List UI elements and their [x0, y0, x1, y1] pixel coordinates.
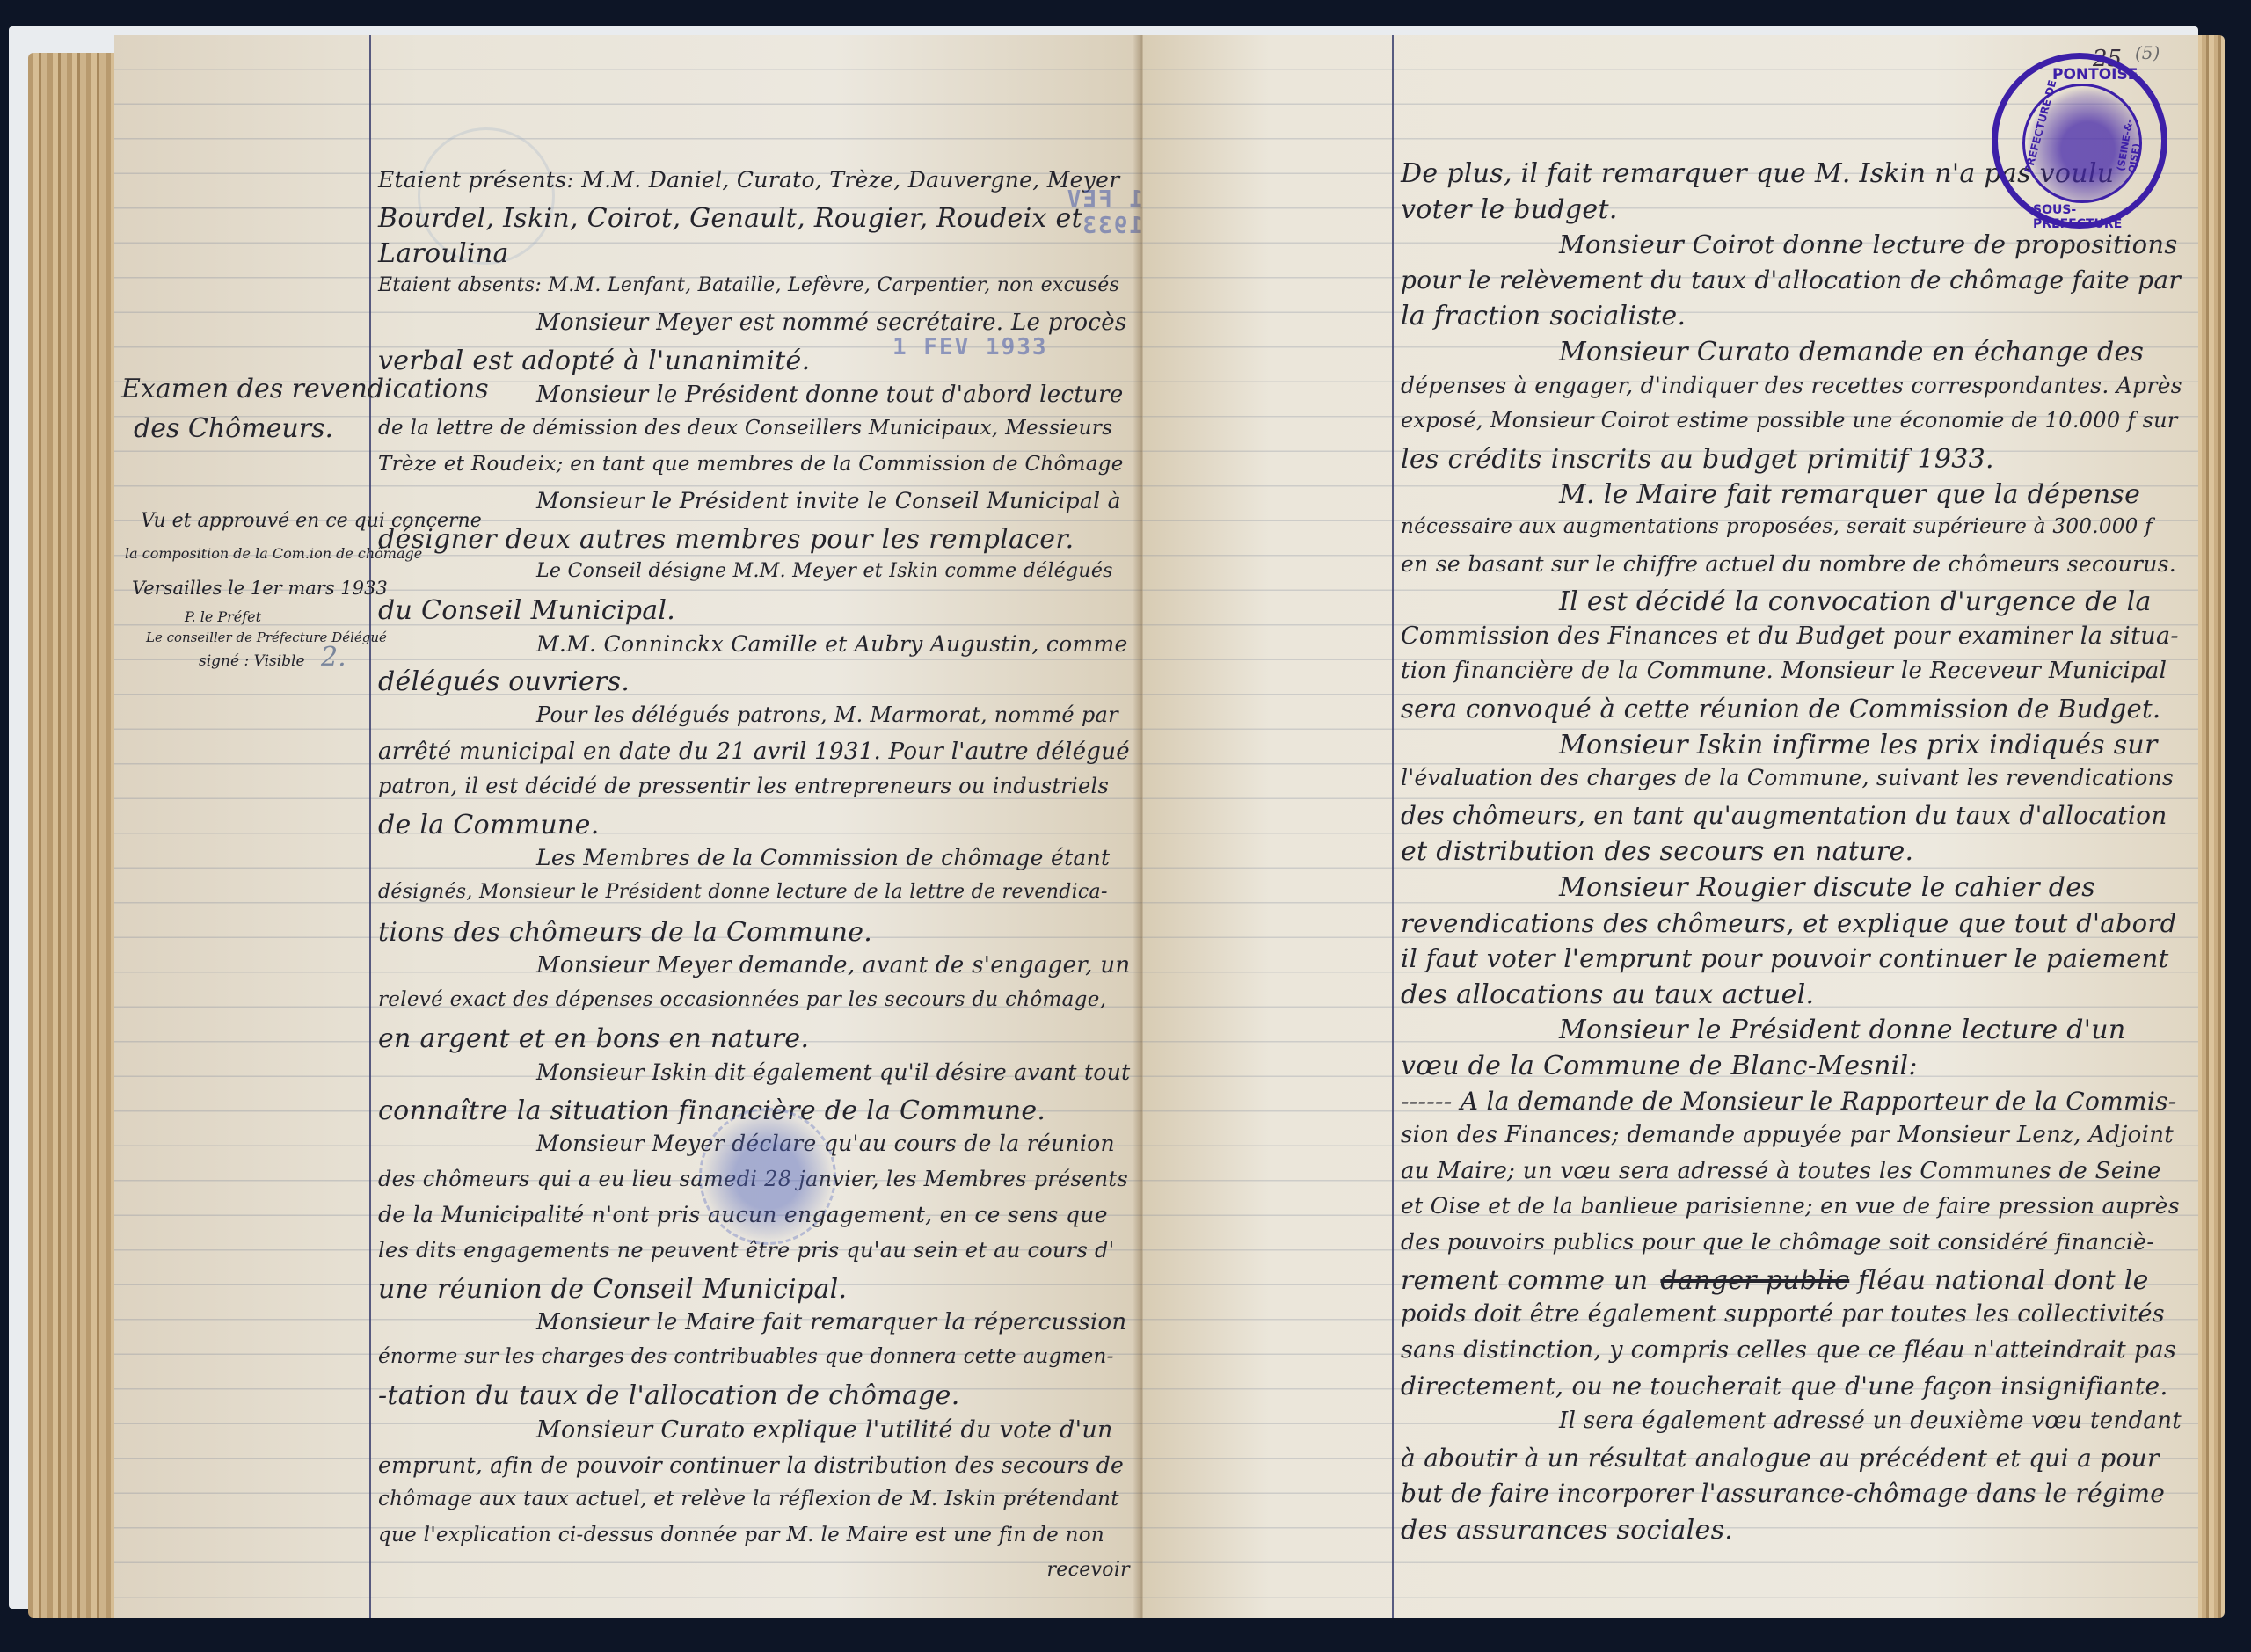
line-text: nécessaire aux augmentations proposées, … [1401, 515, 2153, 538]
line-text: la fraction socialiste. [1401, 301, 1686, 331]
handwritten-line: Il est décidé la convocation d'urgence d… [1401, 586, 2152, 617]
line-text: des pouvoirs publics pour que le chômage… [1401, 1229, 2154, 1255]
margin-note-line4: P. le Préfet [185, 608, 261, 625]
line-text: dépenses à engager, d'indiquer des recet… [1401, 373, 2182, 398]
line-text: Monsieur Iskin dit également qu'il désir… [536, 1059, 1130, 1085]
handwritten-line: sion des Finances; demande appuyée par M… [1401, 1122, 2174, 1148]
handwritten-line: voter le budget. [1401, 194, 1618, 225]
handwritten-line: recevoir [378, 1559, 1130, 1581]
line-text: Le Conseil désigne M.M. Meyer et Iskin c… [536, 560, 1113, 582]
margin-note-mark: 2. [321, 642, 346, 673]
line-text: revendications des chômeurs, et explique… [1401, 908, 2176, 938]
handwritten-line: l'évaluation des charges de la Commune, … [1401, 765, 2174, 790]
line-text: Monsieur le Président invite le Conseil … [536, 488, 1121, 513]
handwritten-line: une réunion de Conseil Municipal. [378, 1274, 847, 1305]
line-text: but de faire incorporer l'assurance-chôm… [1401, 1479, 2165, 1508]
handwritten-line: Pour les délégués patrons, M. Marmorat, … [378, 702, 1118, 727]
handwritten-line: Trèze et Roudeix; en tant que membres de… [378, 453, 1124, 476]
handwritten-line: Etaient présents: M.M. Daniel, Curato, T… [378, 167, 1120, 193]
line-text: en se basant sur le chiffre actuel du no… [1401, 551, 2176, 577]
handwritten-line: des allocations au taux actuel. [1401, 979, 1814, 1010]
handwritten-line: de la Commune. [378, 810, 600, 841]
handwritten-line: et Oise et de la banlieue parisienne; en… [1401, 1193, 2180, 1219]
handwritten-line: Le Conseil désigne M.M. Meyer et Iskin c… [378, 560, 1113, 582]
handwritten-line: Laroulina [378, 238, 509, 269]
handwritten-line: désigner deux autres membres pour les re… [378, 524, 1075, 555]
line-text: M.M. Conninckx Camille et Aubry Augustin… [536, 631, 1128, 657]
line-text: Laroulina [378, 238, 509, 269]
line-text: que l'explication ci-dessus donnée par M… [378, 1524, 1104, 1546]
handwritten-line: Monsieur Rougier discute le cahier des [1401, 872, 2095, 903]
line-text: énorme sur les charges des contribuables… [378, 1345, 1114, 1368]
line-text: vœu de la Commune de Blanc-Mesnil: [1401, 1051, 1918, 1081]
handwritten-line: des pouvoirs publics pour que le chômage… [1401, 1229, 2154, 1255]
handwritten-line: Bourdel, Iskin, Coirot, Genault, Rougier… [378, 203, 1082, 234]
handwritten-line: patron, il est décidé de pressentir les … [378, 774, 1109, 798]
handwritten-line: Monsieur Meyer demande, avant de s'engag… [378, 952, 1130, 979]
handwritten-line: il faut voter l'emprunt pour pouvoir con… [1401, 943, 2169, 973]
handwritten-line: Monsieur Coirot donne lecture de proposi… [1401, 229, 2178, 259]
line-text: Il est décidé la convocation d'urgence d… [1559, 586, 2152, 617]
handwritten-line: en se basant sur le chiffre actuel du no… [1401, 551, 2176, 577]
line-text: M. le Maire fait remarquer que la dépens… [1559, 479, 2140, 510]
handwritten-line: M. le Maire fait remarquer que la dépens… [1401, 479, 2140, 510]
handwritten-line: pour le relèvement du taux d'allocation … [1401, 266, 2181, 295]
line-text: et distribution des secours en nature. [1401, 836, 1913, 867]
handwritten-line: nécessaire aux augmentations proposées, … [1401, 515, 2153, 538]
line-text: Pour les délégués patrons, M. Marmorat, … [536, 702, 1118, 727]
handwritten-line: ------ A la demande de Monsieur le Rappo… [1401, 1087, 2177, 1116]
line-text: Etaient absents: M.M. Lenfant, Bataille,… [378, 274, 1119, 296]
date-stamp-mirrored: 1 FEV 1933 [1033, 186, 1143, 239]
line-text: tions des chômeurs de la Commune. [378, 917, 872, 948]
handwritten-line: et distribution des secours en nature. [1401, 836, 1913, 867]
line-text: Bourdel, Iskin, Coirot, Genault, Rougier… [378, 203, 1082, 234]
line-text: l'évaluation des charges de la Commune, … [1401, 765, 2174, 790]
handwritten-line: Monsieur Meyer est nommé secrétaire. Le … [378, 309, 1127, 336]
sous-prefecture-pontoise-stamp: PONTOISE PREFECTURE DE SOUS-PREFECTURE (… [1992, 53, 2167, 229]
line-text: connaître la situation financière de la … [378, 1095, 1045, 1126]
line-text: Monsieur Curato explique l'utilité du vo… [536, 1416, 1113, 1444]
line-text: ------ A la demande de Monsieur le Rappo… [1401, 1087, 2177, 1116]
handwritten-line: connaître la situation financière de la … [378, 1095, 1045, 1126]
line-text: sans distinction, y compris celles que c… [1401, 1336, 2176, 1364]
line-text: Monsieur Meyer est nommé secrétaire. Le … [536, 309, 1127, 336]
line-text: rement comme un [1401, 1265, 1648, 1296]
line-text: chômage aux taux actuel, et relève la ré… [378, 1488, 1119, 1510]
line-text: pour le relèvement du taux d'allocation … [1401, 266, 2181, 295]
margin-note-line3: Versailles le 1er mars 1933 [132, 578, 388, 599]
handwritten-line: Monsieur Curato explique l'utilité du vo… [378, 1416, 1113, 1444]
handwritten-line: revendications des chômeurs, et explique… [1401, 908, 2176, 938]
stamp-text-top: PONTOISE [2052, 66, 2138, 84]
handwritten-line: Monsieur Iskin dit également qu'il désir… [378, 1059, 1130, 1085]
handwritten-line: en argent et en bons en nature. [378, 1023, 809, 1054]
line-text: voter le budget. [1401, 194, 1618, 225]
handwritten-line: Monsieur le Président donne lecture d'un [1401, 1015, 2126, 1045]
line-text: Etaient présents: M.M. Daniel, Curato, T… [378, 167, 1120, 193]
handwritten-line: Il sera également adressé un deuxième vœ… [1401, 1408, 2182, 1434]
handwritten-line: relevé exact des dépenses occasionnées p… [378, 988, 1106, 1011]
right-page: De plus, il fait remarquer que M. Iskin … [1143, 35, 2198, 1618]
line-text: Il sera également adressé un deuxième vœ… [1559, 1408, 2182, 1434]
line-text: Monsieur Coirot donne lecture de proposi… [1559, 229, 2178, 259]
line-text: il faut voter l'emprunt pour pouvoir con… [1401, 943, 2169, 973]
date-stamp: 1 FEV 1933 [892, 334, 1048, 360]
handwritten-line: Monsieur Iskin infirme les prix indiqués… [1401, 730, 2158, 761]
handwritten-line: sera convoqué à cette réunion de Commiss… [1401, 694, 2160, 724]
line-text: Monsieur le Président donne lecture d'un [1559, 1015, 2126, 1045]
handwritten-line: Monsieur le Maire fait remarquer la répe… [378, 1309, 1126, 1335]
handwritten-line: Monsieur le Président invite le Conseil … [378, 488, 1121, 513]
handwritten-line: Monsieur le Président donne tout d'abord… [378, 382, 1124, 408]
line-text: sera convoqué à cette réunion de Commiss… [1401, 694, 2160, 724]
handwritten-line: Monsieur Curato demande en échange des [1401, 337, 2144, 368]
handwritten-line: rement comme undanger public fléau natio… [1401, 1265, 2149, 1296]
left-page-stack-edges [28, 53, 116, 1618]
handwritten-line: Commission des Finances et du Budget pou… [1401, 622, 2179, 650]
line-text: Monsieur Curato demande en échange des [1559, 337, 2144, 368]
line-text: exposé, Monsieur Coirot estime possible … [1401, 408, 2178, 433]
line-text: désigner deux autres membres pour les re… [378, 524, 1075, 555]
handwritten-line: au Maire; un vœu sera adressé à toutes l… [1401, 1158, 2161, 1184]
line-text: de la Commune. [378, 810, 600, 841]
handwritten-line: que l'explication ci-dessus donnée par M… [378, 1524, 1104, 1546]
handwritten-line: du Conseil Municipal. [378, 595, 675, 626]
line-text: les crédits inscrits au budget primitif … [1401, 444, 1994, 475]
margin-rule [1392, 35, 1394, 1618]
line-text: en argent et en bons en nature. [378, 1023, 809, 1054]
handwritten-line: Etaient absents: M.M. Lenfant, Bataille,… [378, 274, 1119, 296]
line-text: des chômeurs, en tant qu'augmentation du… [1401, 801, 2167, 830]
line-text: Monsieur Rougier discute le cahier des [1559, 872, 2095, 903]
handwritten-line: but de faire incorporer l'assurance-chôm… [1401, 1479, 2165, 1508]
faded-blue-seal-stamp [699, 1108, 836, 1245]
handwritten-line: les crédits inscrits au budget primitif … [1401, 444, 1994, 475]
handwritten-line: la fraction socialiste. [1401, 301, 1686, 331]
handwritten-line: exposé, Monsieur Coirot estime possible … [1401, 408, 2178, 433]
page-number-pencil: (5) [2135, 42, 2160, 63]
line-text: Les Membres de la Commission de chômage … [536, 845, 1110, 870]
handwritten-line: des chômeurs, en tant qu'augmentation du… [1401, 801, 2167, 830]
line-text: Monsieur Meyer demande, avant de s'engag… [536, 952, 1130, 979]
line-text: verbal est adopté à l'unanimité. [378, 346, 810, 376]
line-text: à aboutir à un résultat analogue au préc… [1401, 1444, 2160, 1473]
handwritten-line: à aboutir à un résultat analogue au préc… [1401, 1444, 2160, 1473]
handwritten-line: arrêté municipal en date du 21 avril 193… [378, 739, 1130, 765]
line-text: Trèze et Roudeix; en tant que membres de… [378, 453, 1124, 476]
handwritten-line: des assurances sociales. [1401, 1515, 1733, 1546]
handwritten-line: sans distinction, y compris celles que c… [1401, 1336, 2176, 1364]
line-text-continued: fléau national dont le [1849, 1265, 2148, 1296]
line-text: -tation du taux de l'allocation de chôma… [378, 1380, 960, 1411]
line-text: patron, il est décidé de pressentir les … [378, 774, 1109, 798]
line-text: désignés, Monsieur le Président donne le… [378, 881, 1108, 903]
handwritten-line: M.M. Conninckx Camille et Aubry Augustin… [378, 631, 1128, 657]
margin-rule [369, 35, 371, 1618]
handwritten-line: vœu de la Commune de Blanc-Mesnil: [1401, 1051, 1918, 1081]
line-text: une réunion de Conseil Municipal. [378, 1274, 847, 1305]
handwritten-line: directement, ou ne toucherait que d'une … [1401, 1372, 2168, 1401]
margin-note-line5: Le conseiller de Préfecture Délégué [146, 630, 387, 645]
margin-title-line2: des Chômeurs. [134, 413, 333, 444]
line-text: des assurances sociales. [1401, 1515, 1733, 1546]
line-text: relevé exact des dépenses occasionnées p… [378, 988, 1106, 1011]
handwritten-line: tions des chômeurs de la Commune. [378, 917, 872, 948]
line-text: des allocations au taux actuel. [1401, 979, 1814, 1010]
line-text: Monsieur Iskin infirme les prix indiqués… [1559, 730, 2158, 761]
handwritten-line: verbal est adopté à l'unanimité. [378, 346, 810, 376]
handwritten-line: énorme sur les charges des contribuables… [378, 1345, 1114, 1368]
struck-out-text: danger public [1660, 1265, 1849, 1296]
line-text: tion financière de la Commune. Monsieur … [1401, 658, 2167, 684]
line-text: Monsieur le Président donne tout d'abord… [536, 382, 1124, 408]
line-text: sion des Finances; demande appuyée par M… [1401, 1122, 2174, 1148]
handwritten-line: chômage aux taux actuel, et relève la ré… [378, 1488, 1119, 1510]
stamp-text-bottom: SOUS-PREFECTURE [2033, 203, 2161, 231]
handwritten-line: tion financière de la Commune. Monsieur … [1401, 658, 2167, 684]
line-text: arrêté municipal en date du 21 avril 193… [378, 739, 1130, 765]
handwritten-line: emprunt, afin de pouvoir continuer la di… [378, 1452, 1124, 1478]
handwritten-line: dépenses à engager, d'indiquer des recet… [1401, 373, 2182, 398]
handwritten-line: Les Membres de la Commission de chômage … [378, 845, 1110, 870]
line-text: délégués ouvriers. [378, 666, 630, 697]
line-text: emprunt, afin de pouvoir continuer la di… [378, 1452, 1124, 1478]
margin-note-line6: signé : Visible [199, 652, 305, 670]
line-text: Monsieur le Maire fait remarquer la répe… [536, 1309, 1126, 1335]
line-text: au Maire; un vœu sera adressé à toutes l… [1401, 1158, 2161, 1184]
line-text: recevoir [1046, 1559, 1130, 1581]
line-text: poids doit être également supporté par t… [1401, 1300, 2165, 1328]
handwritten-line: de la lettre de démission des deux Conse… [378, 417, 1112, 440]
left-page: Examen des revendications des Chômeurs. … [114, 35, 1143, 1618]
line-text: du Conseil Municipal. [378, 595, 675, 626]
line-text: directement, ou ne toucherait que d'une … [1401, 1372, 2168, 1401]
handwritten-line: désignés, Monsieur le Président donne le… [378, 881, 1108, 903]
line-text: et Oise et de la banlieue parisienne; en… [1401, 1193, 2180, 1219]
handwritten-line: poids doit être également supporté par t… [1401, 1300, 2165, 1328]
handwritten-line: -tation du taux de l'allocation de chôma… [378, 1380, 960, 1411]
handwritten-line: délégués ouvriers. [378, 666, 630, 697]
line-text: Commission des Finances et du Budget pou… [1401, 622, 2179, 650]
line-text: de la lettre de démission des deux Conse… [378, 417, 1112, 440]
